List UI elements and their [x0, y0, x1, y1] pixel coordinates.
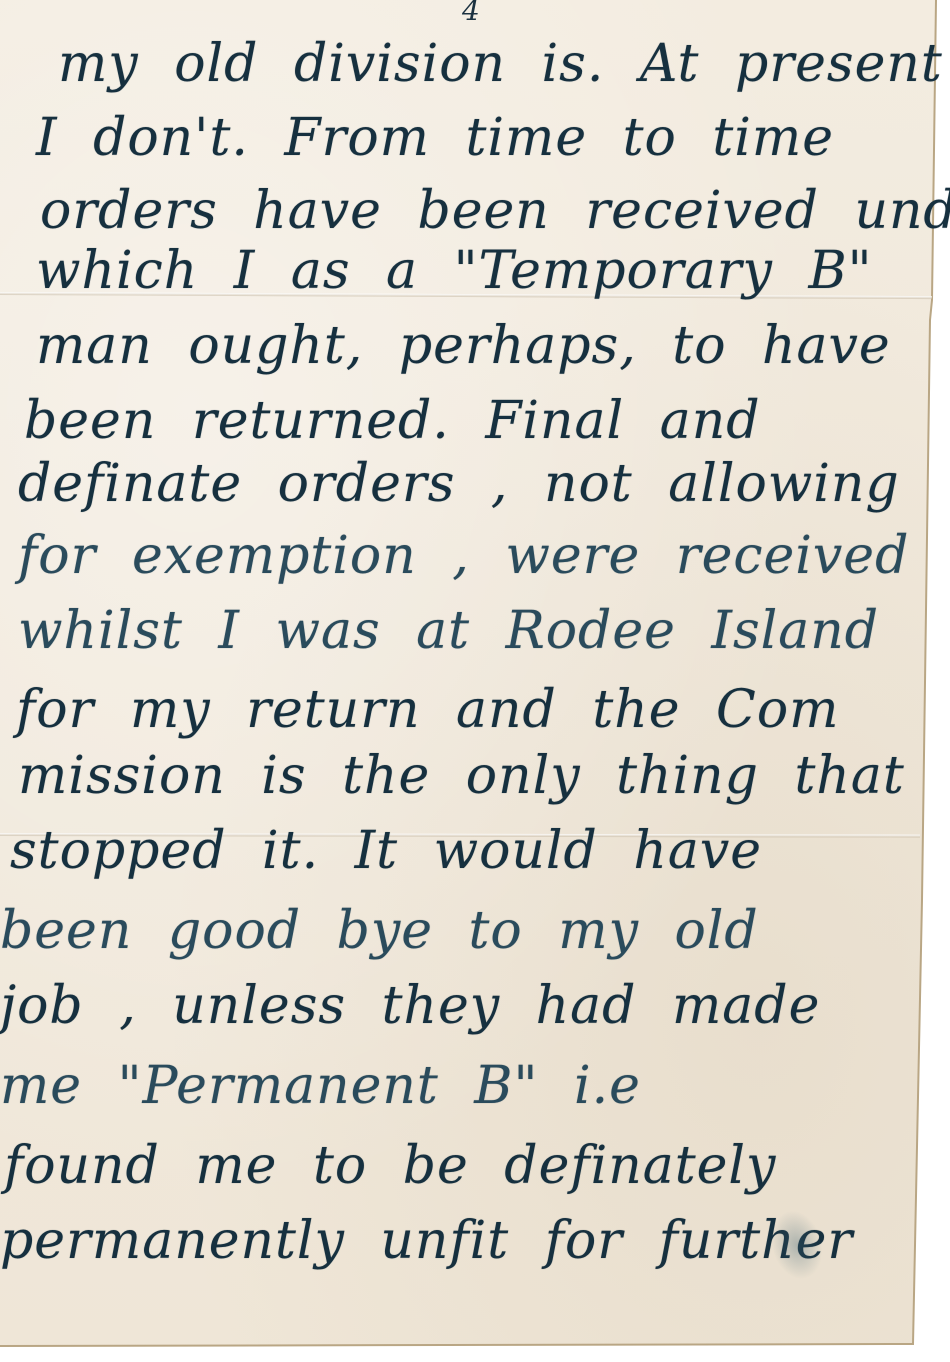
- text-line-7: definate orders , not allowing: [18, 458, 900, 510]
- text-line-10: for my return and the Com: [16, 684, 839, 736]
- text-line-17: permanently unfit for further: [0, 1215, 853, 1267]
- text-line-6: been returned. Final and: [24, 395, 760, 447]
- text-line-1: my old division is. At present: [58, 38, 943, 90]
- text-line-2: I don't. From time to time: [36, 112, 834, 164]
- text-line-11: mission is the only thing that: [18, 750, 905, 802]
- text-line-9: whilst I was at Rodee Island: [18, 605, 879, 657]
- text-line-3: orders have been received under: [40, 185, 950, 237]
- text-line-14: job , unless they had made: [0, 980, 820, 1032]
- text-line-5: man ought, perhaps, to have: [36, 320, 891, 372]
- page-number: 4: [462, 0, 480, 27]
- text-line-4: which I as a "Temporary B": [36, 245, 873, 297]
- text-line-16: found me to be definately: [4, 1140, 776, 1192]
- text-line-8: for exemption , were received: [18, 530, 909, 582]
- text-line-13: been good bye to my old: [0, 905, 759, 957]
- text-line-15: me "Permanent B" i.e: [0, 1060, 641, 1112]
- text-line-12: stopped it. It would have: [10, 825, 762, 877]
